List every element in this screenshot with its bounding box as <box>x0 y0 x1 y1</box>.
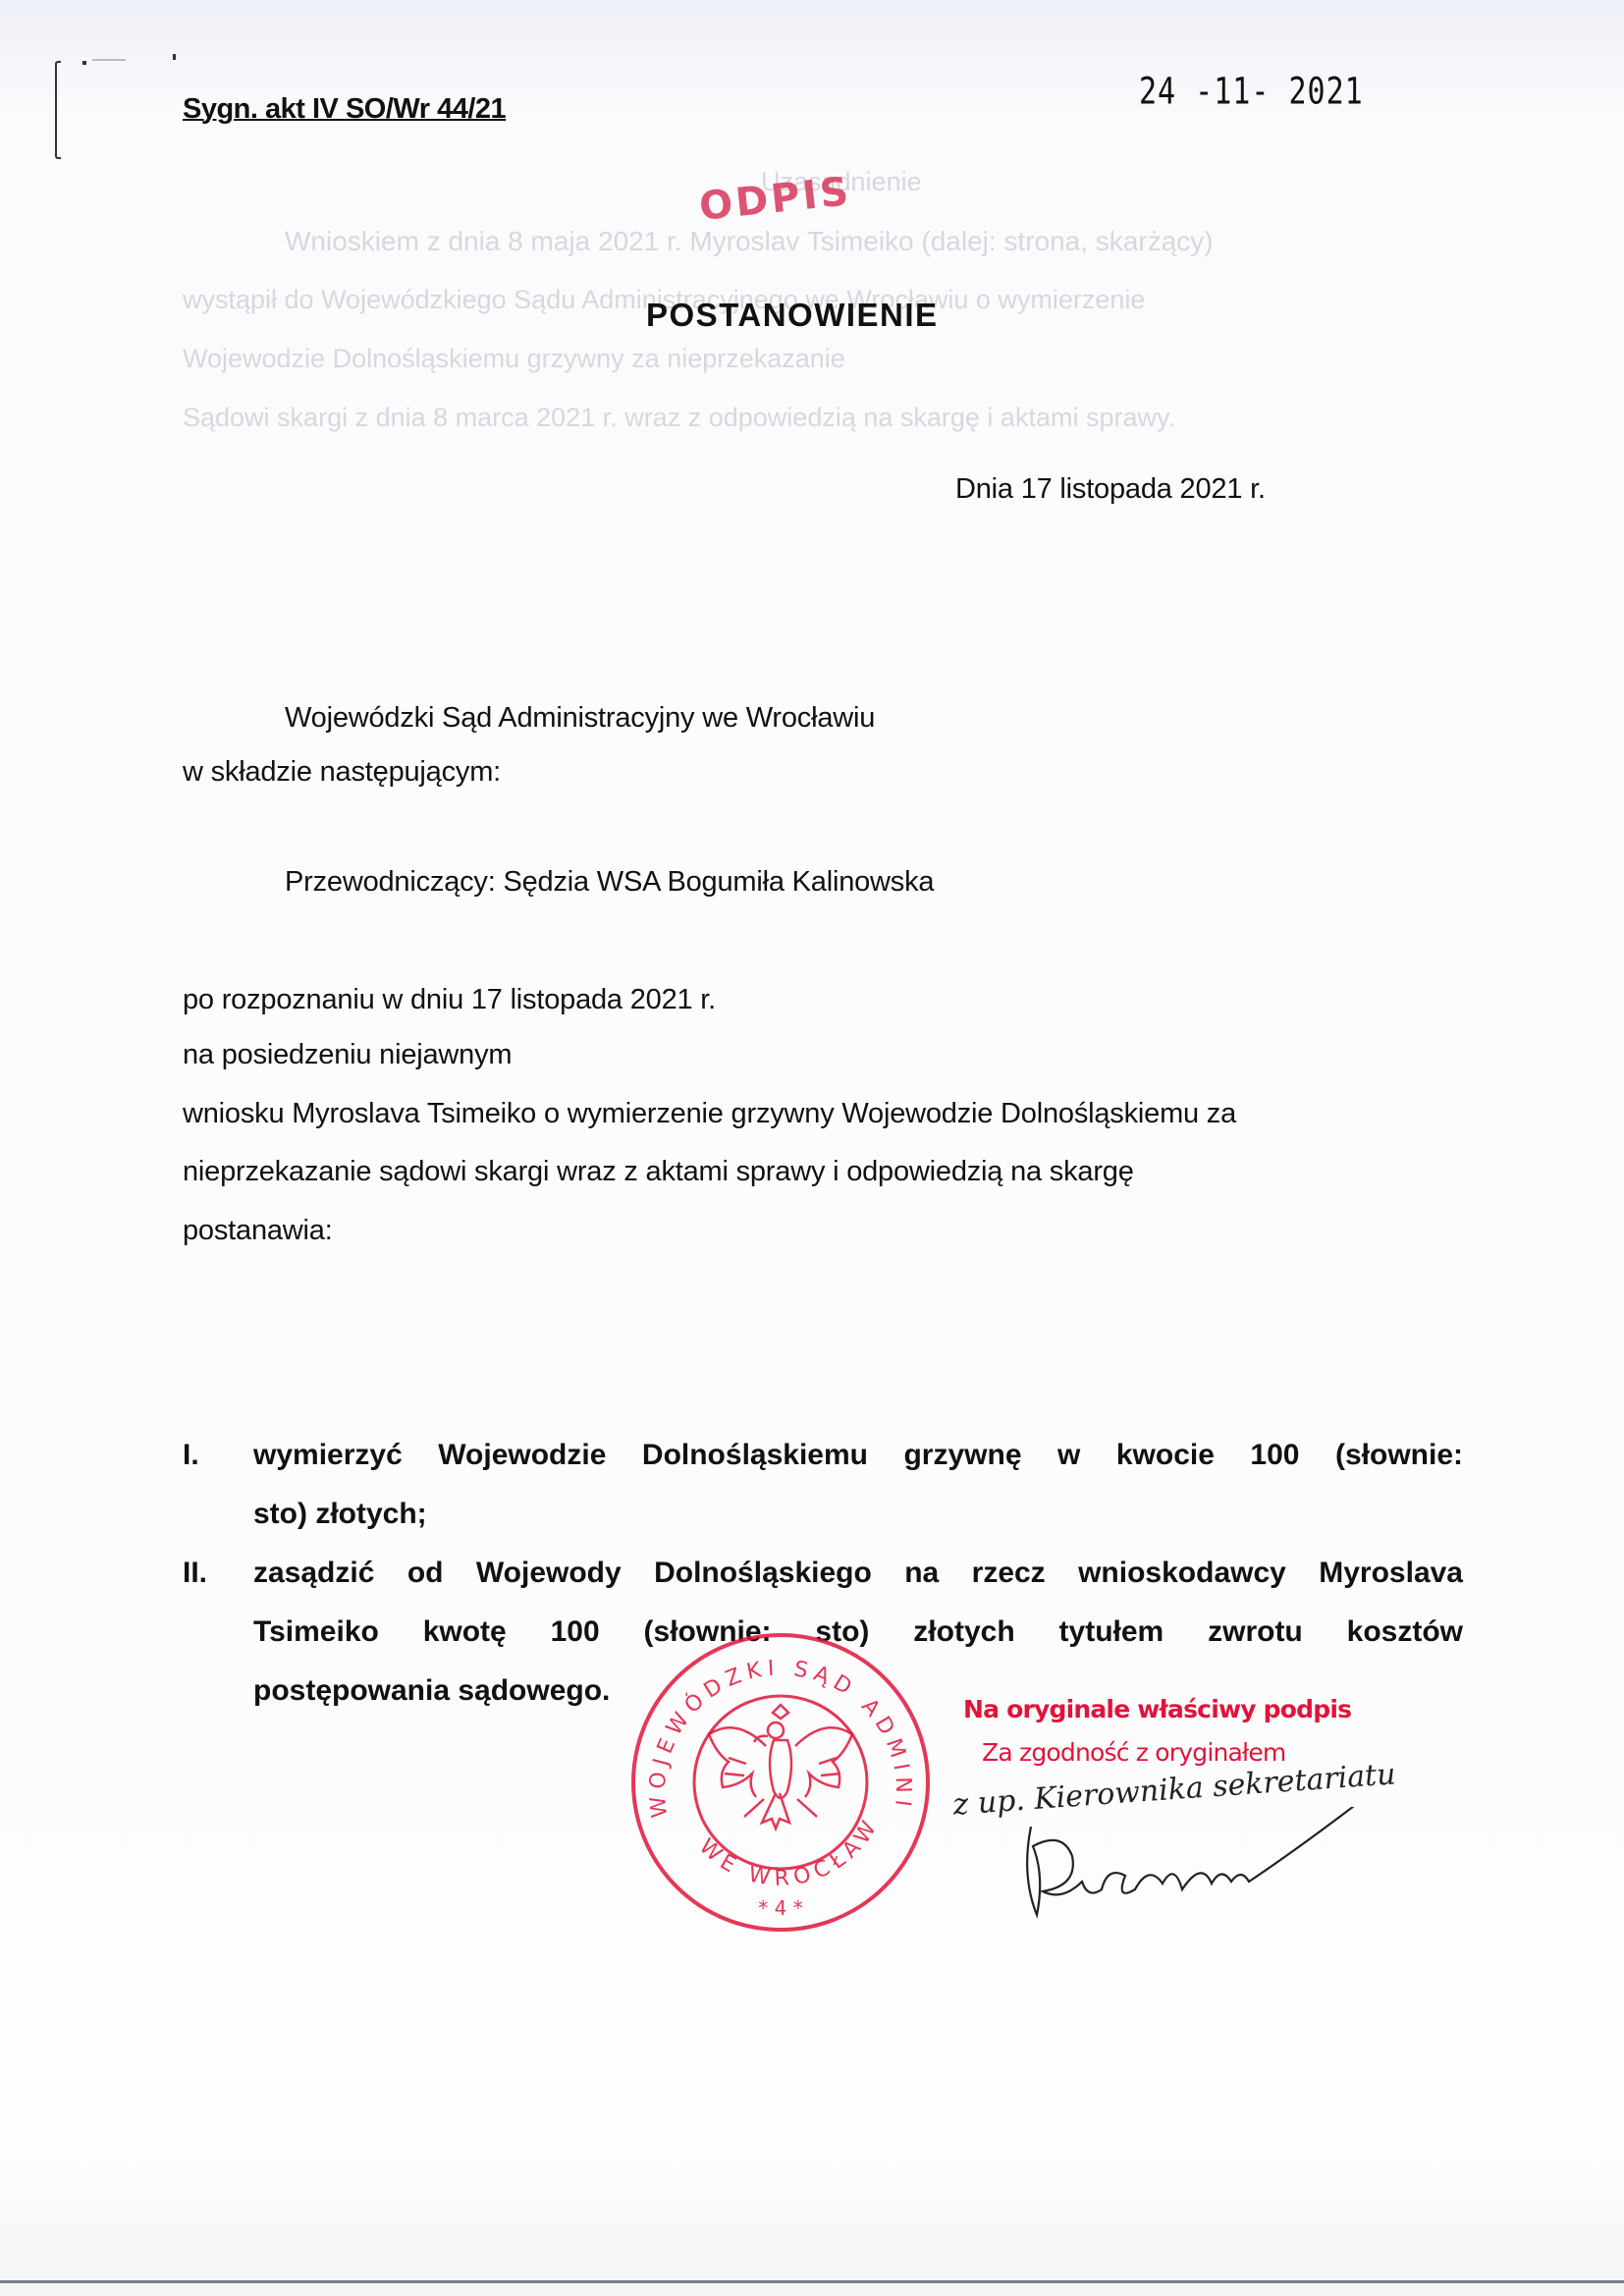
document-title: POSTANOWIENIE <box>646 297 939 334</box>
certification-original-signature: Na oryginale właściwy podpis <box>963 1695 1351 1723</box>
order-text: wymierzyć Wojewodzie Dolnośląskiemu grzy… <box>253 1439 1463 1472</box>
order-number: II. <box>183 1557 207 1590</box>
copy-stamp: ODPIS <box>697 169 853 230</box>
order-text: postępowania sądowego. <box>253 1674 610 1708</box>
bleed-through-line: Wnioskiem z dnia 8 maja 2021 r. Myroslav… <box>285 228 1214 255</box>
page-bottom-edge <box>0 2280 1624 2283</box>
seal-outer-text: WOJEWÓDZKI SĄD ADMINISTRACYJNY <box>619 1620 915 1819</box>
seal-number: * 4 * <box>758 1896 802 1920</box>
body-line: postanawia: <box>183 1215 333 1247</box>
eagle-icon <box>709 1705 852 1829</box>
body-line: nieprzekazanie sądowi skargi wraz z akta… <box>183 1156 1134 1188</box>
order-text: sto) złotych; <box>253 1498 427 1531</box>
composition-label: w składzie następującym: <box>183 756 501 789</box>
body-line: wniosku Myroslava Tsimeiko o wymierzenie… <box>183 1098 1236 1130</box>
order-text: zasądzić od Wojewody Dolnośląskiego na r… <box>253 1557 1463 1590</box>
body-line: na posiedzeniu niejawnym <box>183 1039 512 1071</box>
svg-text:WOJEWÓDZKI SĄD ADMINISTRACYJNY: WOJEWÓDZKI SĄD ADMINISTRACYJNY <box>619 1620 915 1819</box>
certification-conformity: Za zgodność z oryginałem <box>982 1738 1285 1767</box>
signature-icon <box>1001 1807 1424 1925</box>
received-date-stamp: 24 -11- 2021 <box>1139 71 1364 114</box>
court-seal-icon: WOJEWÓDZKI SĄD ADMINISTRACYJNY WE WROCŁA… <box>619 1620 943 1944</box>
document-page: Uzasadnienie Wnioskiem z dnia 8 maja 202… <box>0 0 1624 2296</box>
staple-mark <box>82 61 86 65</box>
body-line: po rozpoznaniu w dniu 17 listopada 2021 … <box>183 984 716 1016</box>
staple-mark <box>92 59 126 61</box>
decision-date: Dnia 17 listopada 2021 r. <box>955 473 1266 506</box>
presiding-judge: Przewodniczący: Sędzia WSA Bogumiła Kali… <box>285 866 934 899</box>
court-name: Wojewódzki Sąd Administracyjny we Wrocła… <box>285 702 875 735</box>
bleed-through-line: Wojewodzie Dolnośląskiemu grzywny za nie… <box>183 346 845 372</box>
staple-mark <box>173 54 176 60</box>
order-number: I. <box>183 1439 199 1472</box>
case-number: Sygn. akt IV SO/Wr 44/21 <box>183 93 506 126</box>
staple-mark <box>55 61 61 159</box>
bleed-through-line: Sądowi skargi z dnia 8 marca 2021 r. wra… <box>183 405 1175 431</box>
